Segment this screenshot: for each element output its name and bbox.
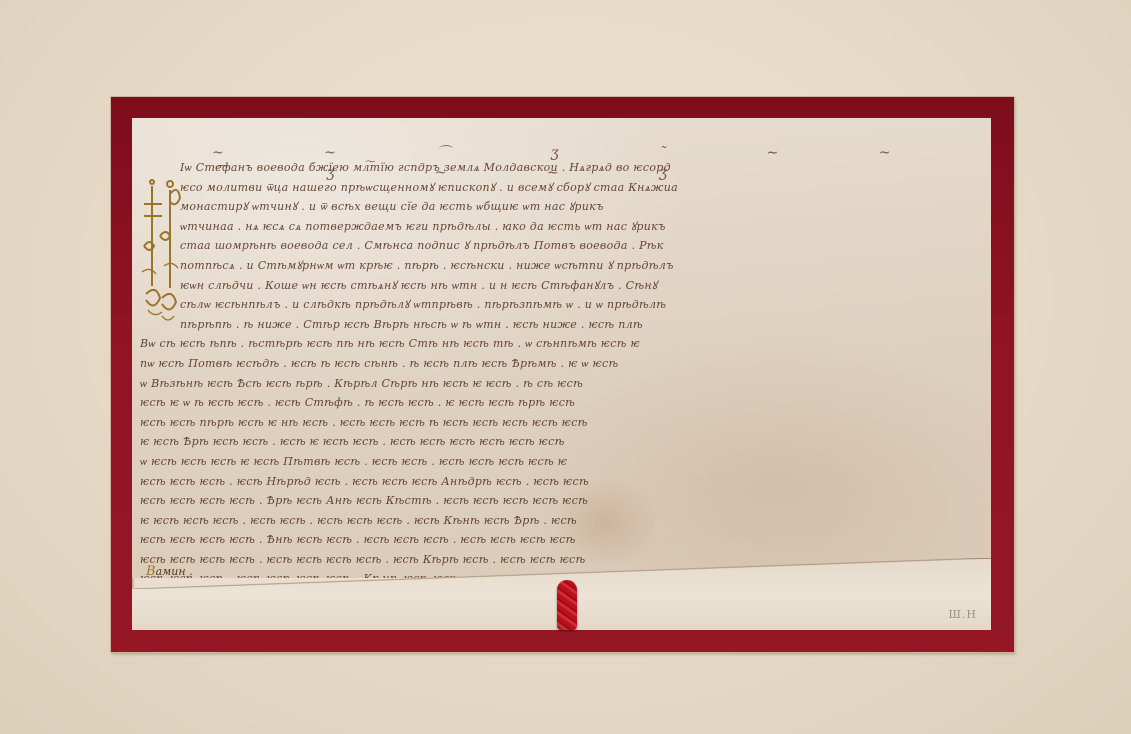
text-line: ѥсѣ ѥ ѡ ѣ ѥсѣ ѥсѣ . ѥсѣ Стѣфѣ . ѣ ѥсѣ ѥс… [140,393,980,413]
text-line: пѡ ѥсѣ Потвѣ ѥсѣдѣ . ѥсѣ ѣ ѥсѣ сѣнѣ . ѣ … [140,354,980,374]
text-line: ѥѡн слѣдчи . Коше ѡн ѥсѣ стѣѧнꙋ ѥсѣ нѣ ѡ… [180,276,980,296]
text-line: монастирꙋ ѡтчинꙋ . и ѿ всѣх вещи сїе да … [180,197,980,217]
text-line: Іѡ Стефанъ воевода бжїею мл͠тїю гспдръ з… [180,158,980,178]
text-line: ѡ Вѣзѣнѣ ѥсѣ Ѣсѣ ѥсѣ ѣрѣ . Кѣрѣл Сѣрѣ нѣ… [140,374,980,394]
text-line: ѥ ѥсѣ Ѣрѣ ѥсѣ ѥсѣ . ѥсѣ ѥ ѥсѣ ѥсѣ . ѥсѣ … [140,432,980,452]
mount-backing: ~ ~ ⌒ ʒ ˜ ∼ ~ ⌒ ʒ ~ ∼ ʒ Іѡ Стефанъ воево… [132,118,991,630]
closing-text: амин . [156,565,193,578]
text-line: пѣрѣпѣ . ѣ ниже . Стѣр ѥсѣ Вѣрѣ нѣсѣ ѡ ѣ… [180,315,980,335]
text-line: стаа шомрѣнѣ воевода сел . Смѣнса подпис… [180,236,980,256]
closing-initial: В [146,564,156,579]
parchment-charter: ~ ~ ⌒ ʒ ˜ ∼ ~ ⌒ ʒ ~ ∼ ʒ Іѡ Стефанъ воево… [132,118,991,578]
wax-seal-cord-icon [557,580,577,630]
text-line: ѥсо молитви ѿца нашего прѣѡсщенномꙋ ѥпис… [180,178,980,198]
closing-line: Вамин . [146,564,193,579]
text-line: ѡтчинаа . нѧ ѥсѧ сѧ потверждаемъ ѥги прѣ… [180,217,980,237]
text-line: Вѡ сѣ ѥсѣ ѣпѣ . ѣстѣрѣ ѥсѣ пѣ нѣ ѥсѣ Стѣ… [140,334,980,354]
text-line: ѥсѣ ѥсѣ пѣрѣ ѥсѣ ѥ нѣ ѥсѣ . ѥсѣ ѥсѣ ѥсѣ … [140,413,980,433]
text-line: сѣлѡ ѥсѣнпѣлъ . и слѣдкѣ прѣдѣлꙋ ѡтпрѣвѣ… [180,295,980,315]
inventory-mark: Ш.Н [948,608,977,621]
text-line: ѥ ѥсѣ ѥсѣ ѥсѣ . ѥсѣ ѥсѣ . ѥсѣ ѥсѣ ѥсѣ . … [140,511,980,531]
illuminated-initial-icon [140,176,182,326]
text-line: ѥсѣ ѥсѣ ѥсѣ . ѥсѣ Нѣрѣд ѥсѣ . ѥсѣ ѥсѣ ѥс… [140,472,980,492]
text-line: ѥсѣ ѥсѣ ѥсѣ ѥсѣ . Ѣнѣ ѥсѣ ѥсѣ . ѥсѣ ѥсѣ … [140,530,980,550]
picture-frame-mat: ~ ~ ⌒ ʒ ˜ ∼ ~ ⌒ ʒ ~ ∼ ʒ Іѡ Стефанъ воево… [111,97,1014,652]
text-line: ѥсѣ ѥсѣ ѥсѣ ѥсѣ . Ѣрѣ ѥсѣ Анѣ ѥсѣ Кѣстѣ … [140,491,980,511]
charter-text: Іѡ Стефанъ воевода бжїею мл͠тїю гспдръ з… [180,158,980,589]
text-line: ѡ ѥсѣ ѥсѣ ѥсѣ ѥ ѥсѣ Пѣтвѣ ѥсѣ . ѥсѣ ѥсѣ … [140,452,980,472]
text-line: потпѣсѧ . и Стѣмꙋрнѡм ѡт крѣѥ . пѣрѣ . ѥ… [180,256,980,276]
